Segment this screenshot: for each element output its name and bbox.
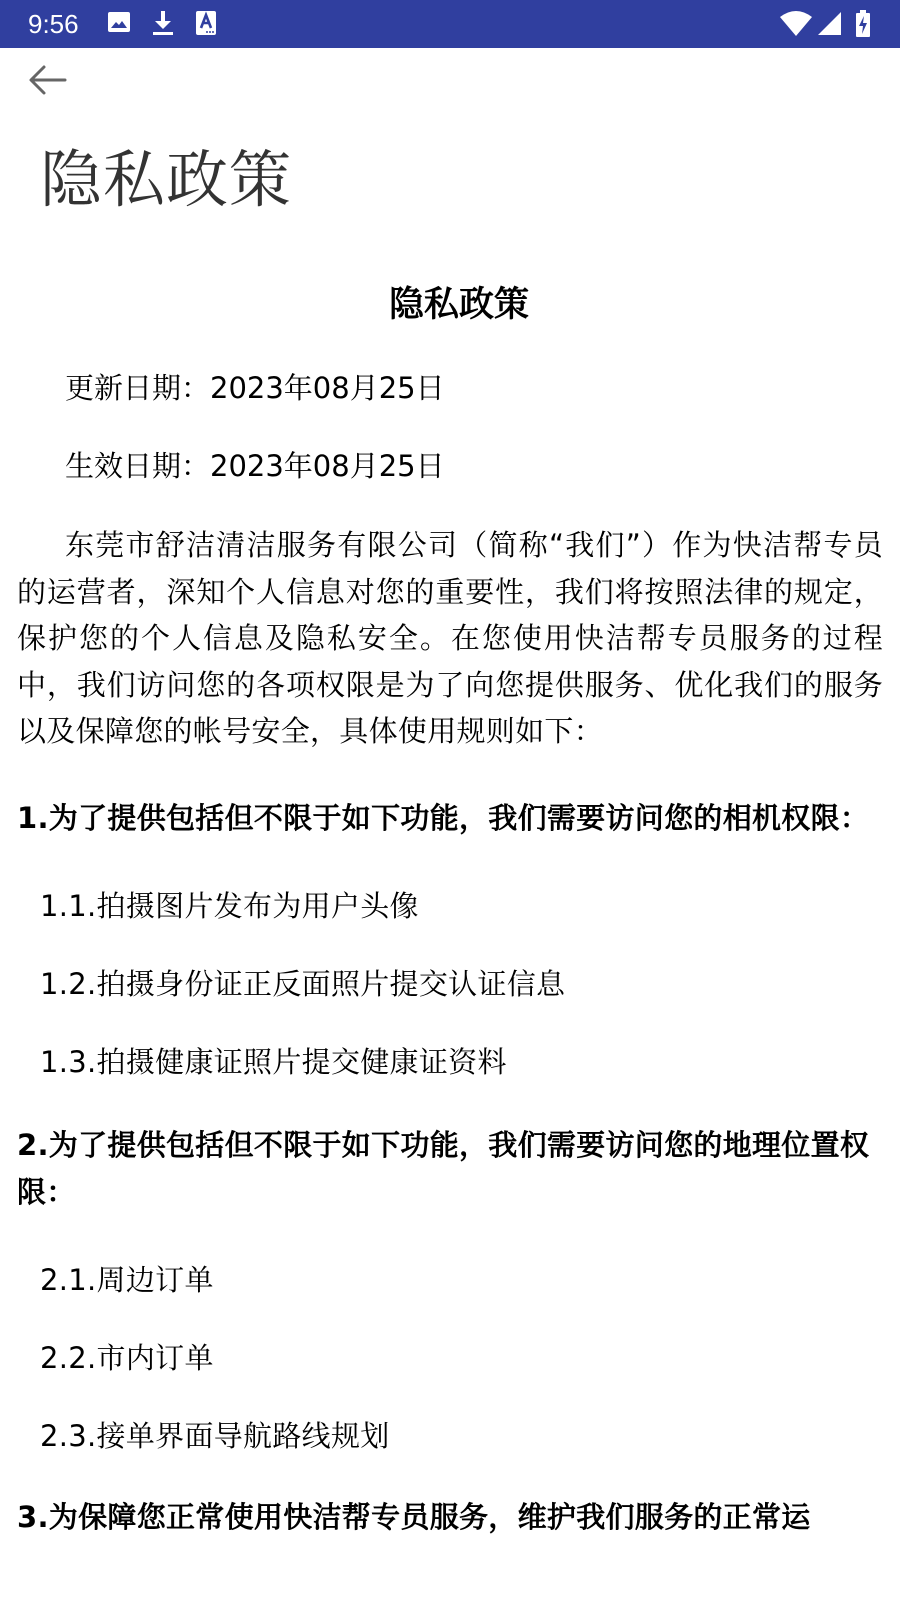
list-item: 1.1.拍摄图片发布为用户头像 xyxy=(17,886,883,926)
text-a-icon xyxy=(196,10,216,40)
page-title: 隐私政策 xyxy=(40,140,292,220)
intro-paragraph: 东莞市舒洁清洁服务有限公司（简称“我们”）作为快洁帮专员的运营者，深知个人信息对… xyxy=(17,522,883,755)
wifi-icon xyxy=(780,10,812,40)
list-item: 2.1.周边订单 xyxy=(17,1260,883,1300)
cellular-signal-icon xyxy=(818,10,842,40)
update-date: 更新日期：2023年08月25日 xyxy=(17,368,883,408)
battery-charging-icon xyxy=(855,10,871,42)
policy-content: 隐私政策 更新日期：2023年08月25日 生效日期：2023年08月25日 东… xyxy=(17,280,883,1541)
list-item: 2.3.接单界面导航路线规划 xyxy=(17,1416,883,1456)
effective-date: 生效日期：2023年08月25日 xyxy=(17,446,883,486)
section-heading-camera: 1.为了提供包括但不限于如下功能，我们需要访问您的相机权限： xyxy=(17,795,883,842)
list-item: 1.3.拍摄健康证照片提交健康证资料 xyxy=(17,1042,883,1082)
list-item: 1.2.拍摄身份证正反面照片提交认证信息 xyxy=(17,964,883,1004)
document-title: 隐私政策 xyxy=(17,280,883,338)
app-bar xyxy=(0,48,900,118)
download-icon xyxy=(152,10,174,40)
back-button[interactable] xyxy=(22,60,74,104)
list-item: 2.2.市内订单 xyxy=(17,1338,883,1378)
status-time: 9:56 xyxy=(28,8,79,40)
image-icon xyxy=(107,10,131,38)
arrow-left-icon xyxy=(28,64,68,100)
section-heading-service: 3.为保障您正常使用快洁帮专员服务，维护我们服务的正常运 xyxy=(17,1494,883,1541)
status-bar: 9:56 xyxy=(0,0,900,48)
section-heading-location: 2.为了提供包括但不限于如下功能，我们需要访问您的地理位置权限： xyxy=(17,1122,883,1216)
